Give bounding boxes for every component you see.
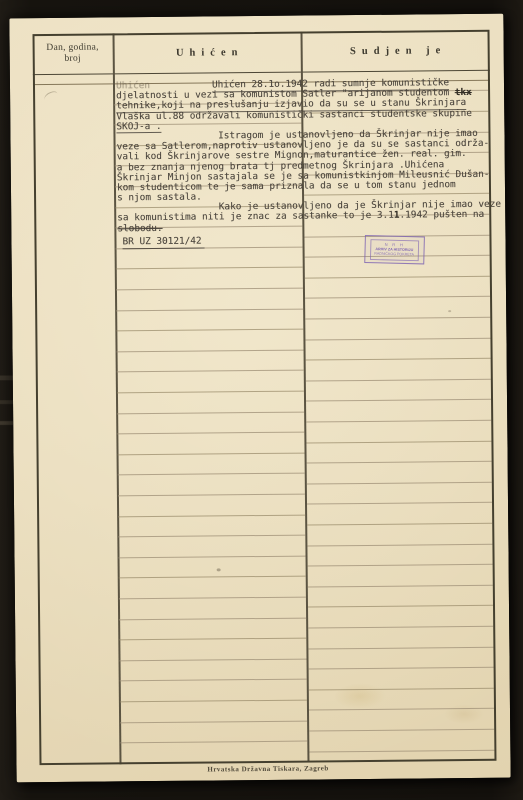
ruled-line [307,523,493,526]
reference-number: BR UZ 30121/42 [122,236,204,250]
ruled-line [119,597,306,600]
ruled-line [118,514,305,517]
ruled-line [307,564,493,567]
ruled-line [306,461,492,464]
ruled-line [116,267,303,270]
ruled-line [117,391,304,394]
ruled-line [118,473,305,476]
ruled-line [306,481,492,484]
ruled-line [117,349,304,352]
ruled-line [306,440,492,443]
ruled-line [117,411,304,414]
document-page: Dan, godina, broj Uhićen Sudjen je Uhiće… [9,14,510,783]
ruled-line [308,626,494,629]
ruled-line [308,667,494,670]
archive-stamp: N R HARHIV ZA HISTORIJURADNIČKOG POKRETA [364,235,425,265]
ruled-line [119,638,306,641]
ruled-line [118,494,305,497]
ruled-line [306,399,492,402]
ruled-line [309,729,495,732]
ruled-line [308,605,494,608]
printer-imprint: Hrvatska Državna Tiskara, Zagreb [40,763,497,775]
ruled-line [120,658,307,661]
ruled-line [120,741,307,744]
ruled-line [119,576,306,579]
ruled-line [119,617,306,620]
ruled-line [307,584,493,587]
typewritten-entry: Uhićen Uhićen 28.1o.1942 radi sumnje kom… [116,78,493,234]
header-line: broj [64,54,81,65]
scan-background: Dan, godina, broj Uhićen Sudjen je Uhiće… [0,0,523,800]
ruled-line [305,337,491,340]
ruled-line [119,555,306,558]
column-header-uhicen: Uhićen [112,32,300,74]
ruled-line [308,708,494,711]
ruled-line [116,288,303,291]
ruled-line [120,679,307,682]
ruled-line [117,370,304,373]
ruled-line [304,275,490,278]
ruled-line [116,329,303,332]
ruled-line [309,749,495,752]
ruled-line [305,378,491,381]
ruled-line [116,308,303,311]
scanner-edge-artifacts [0,338,13,433]
ruled-line [305,317,491,320]
record-table: Dan, godina, broj Uhićen Sudjen je Uhiće… [32,30,496,765]
ruled-line [308,646,494,649]
ruled-line [120,720,307,723]
header-line: Dan, godina, [46,43,99,55]
column-header-sudjen-je: Sudjen je [300,30,489,72]
ruled-line [307,502,493,505]
ruled-line [305,296,491,299]
ruled-line [307,543,493,546]
archive-stamp-inner: N R HARHIV ZA HISTORIJURADNIČKOG POKRETA [370,239,419,261]
ruled-line [120,700,307,703]
ruled-line [117,432,304,435]
ruled-line [305,358,491,361]
ruled-line [118,535,305,538]
column-header-dan-godina-broj: Dan, godina, broj [32,33,112,74]
ruled-line [308,687,494,690]
ruled-line [118,452,305,455]
table-header-row: Dan, godina, broj Uhićen Sudjen je [32,30,489,74]
stamp-text-line: RADNIČKOG POKRETA [375,252,415,257]
ruled-line [306,420,492,423]
